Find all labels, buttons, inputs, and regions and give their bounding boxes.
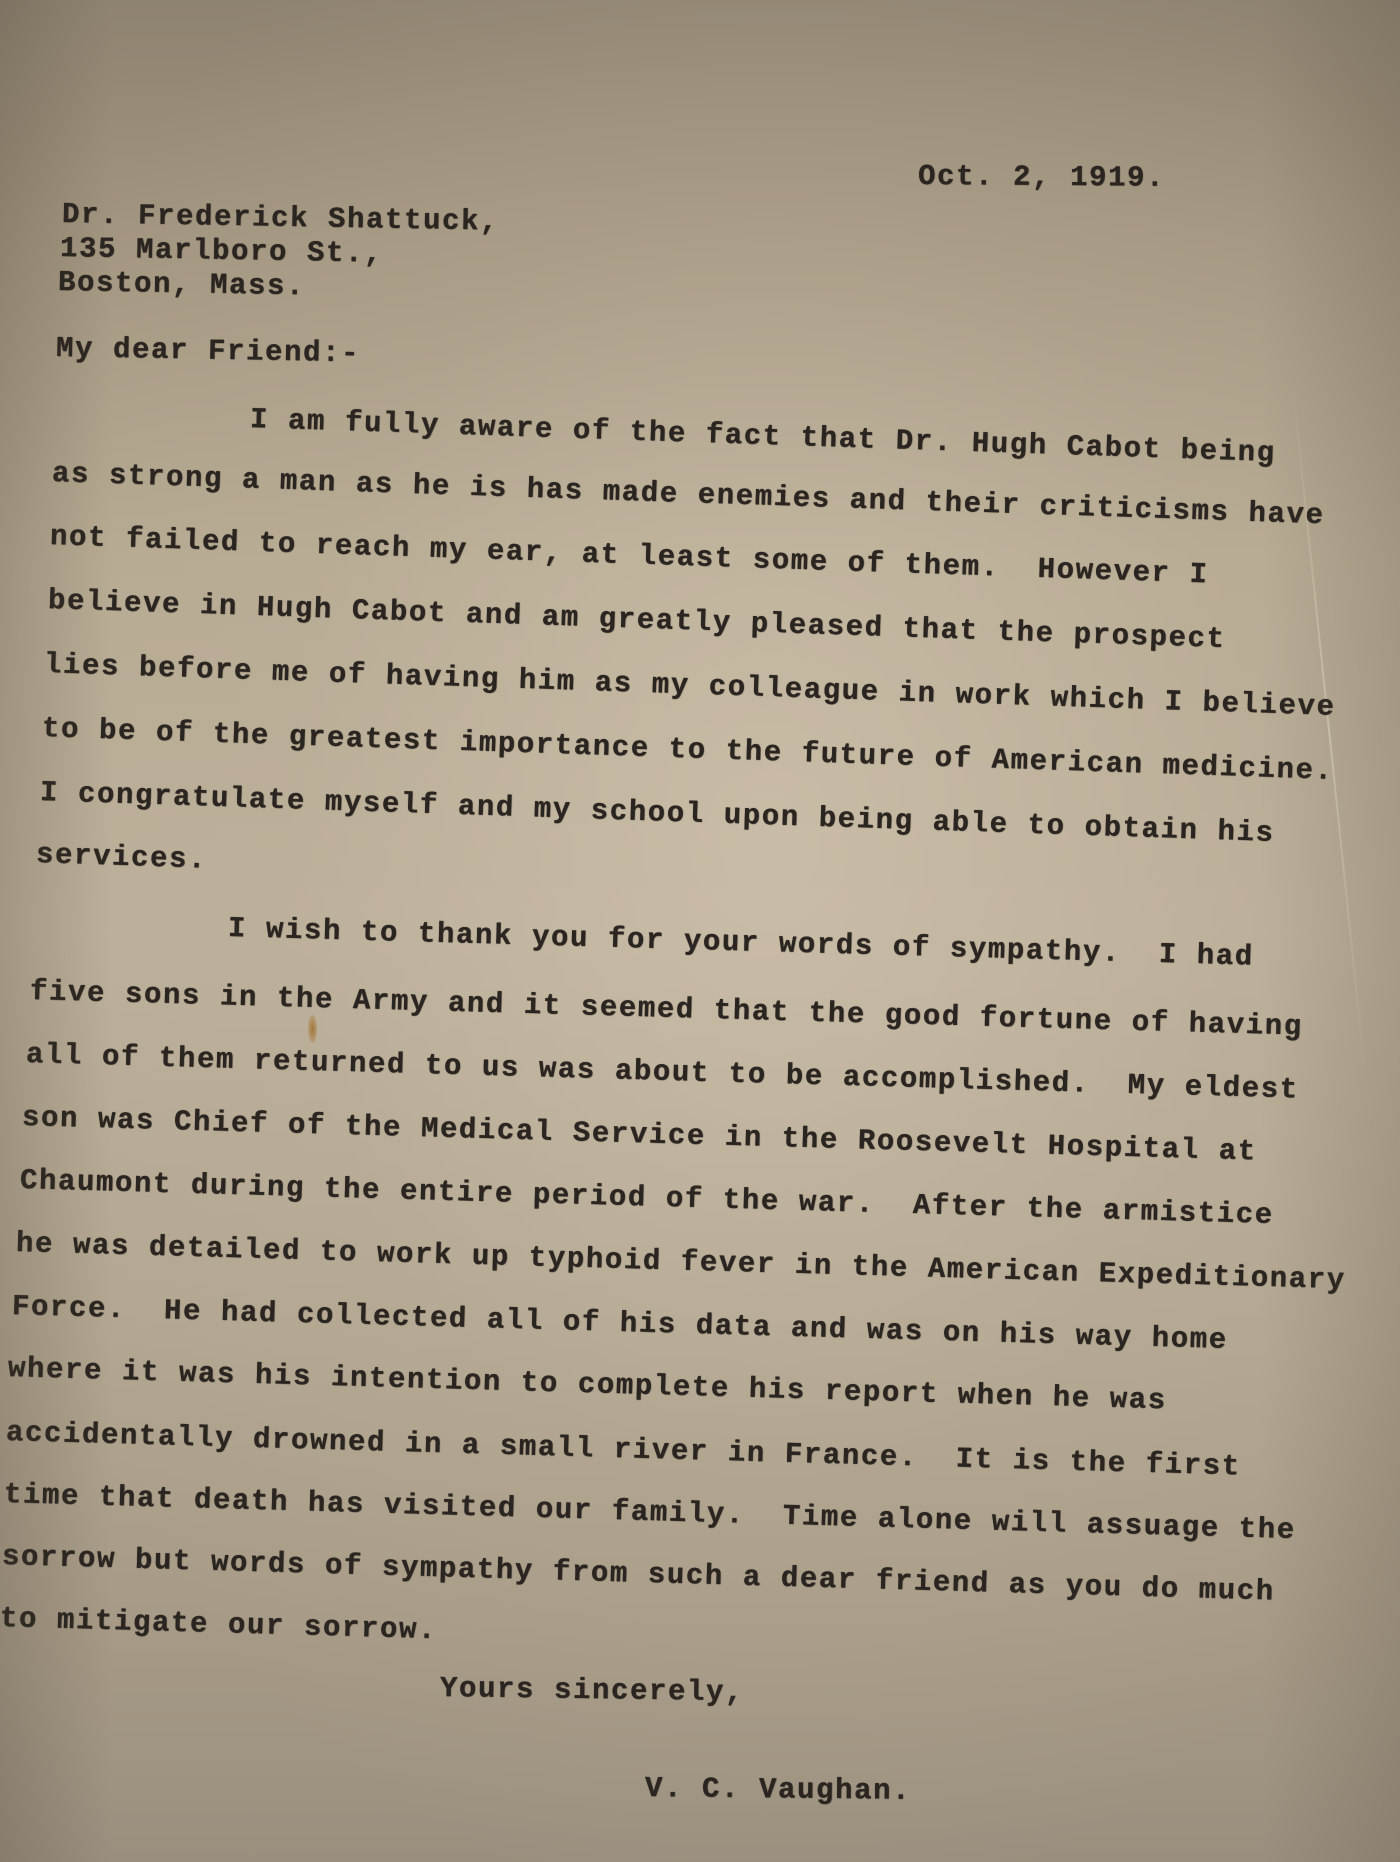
paragraph-line: I wish to thank you for your words of sy…: [228, 912, 1255, 974]
recipient-city: Boston, Mass.: [58, 266, 306, 303]
recipient-street: 135 Marlboro St.,: [60, 232, 384, 271]
letter-page: Oct. 2, 1919. Dr. Frederick Shattuck, 13…: [0, 0, 1400, 1862]
paragraph-line: believe in Hugh Cabot and am greatly ple…: [47, 584, 1226, 656]
closing: Yours sincerely,: [440, 1672, 744, 1709]
paragraph-line: five sons in the Army and it seemed that…: [30, 975, 1304, 1044]
paragraph-line: I am fully aware of the fact that Dr. Hu…: [249, 403, 1276, 470]
signature: V. C. Vaughan.: [645, 1772, 911, 1808]
paragraph-line: I congratulate myself and my school upon…: [39, 776, 1275, 850]
paper-stain: [308, 1015, 317, 1043]
paragraph-line: to mitigate our sorrow.: [0, 1602, 437, 1647]
paragraph-line: not failed to reach my ear, at least som…: [49, 520, 1209, 591]
paragraph-line: lies before me of having him as my colle…: [43, 648, 1336, 724]
paragraph-line: to be of the greatest importance to the …: [41, 712, 1334, 788]
paragraph-line: time that death has visited our family. …: [4, 1478, 1297, 1547]
paragraph-line: accidentally drowned in a small river in…: [6, 1416, 1242, 1483]
paragraph-line: he was detailed to work up typhoid fever…: [16, 1227, 1347, 1297]
letter-date: Oct. 2, 1919.: [918, 160, 1165, 195]
paragraph-line: all of them returned to us was about to …: [26, 1038, 1300, 1107]
paper-crease: [1291, 382, 1366, 1078]
paragraph-line: Force. He had collected all of his data …: [12, 1290, 1229, 1357]
paragraph-line: as strong a man as he is has made enemie…: [51, 457, 1325, 532]
paragraph-line: sorrow but words of sympathy from such a…: [2, 1540, 1276, 1609]
paragraph-line: where it was his intention to complete h…: [8, 1352, 1168, 1417]
paragraph-line: services.: [35, 838, 207, 877]
paragraph-line: Chaumont during the entire period of the…: [20, 1164, 1275, 1232]
salutation: My dear Friend:-: [56, 332, 361, 370]
paragraph-line: son was Chief of the Medical Service in …: [22, 1101, 1258, 1168]
